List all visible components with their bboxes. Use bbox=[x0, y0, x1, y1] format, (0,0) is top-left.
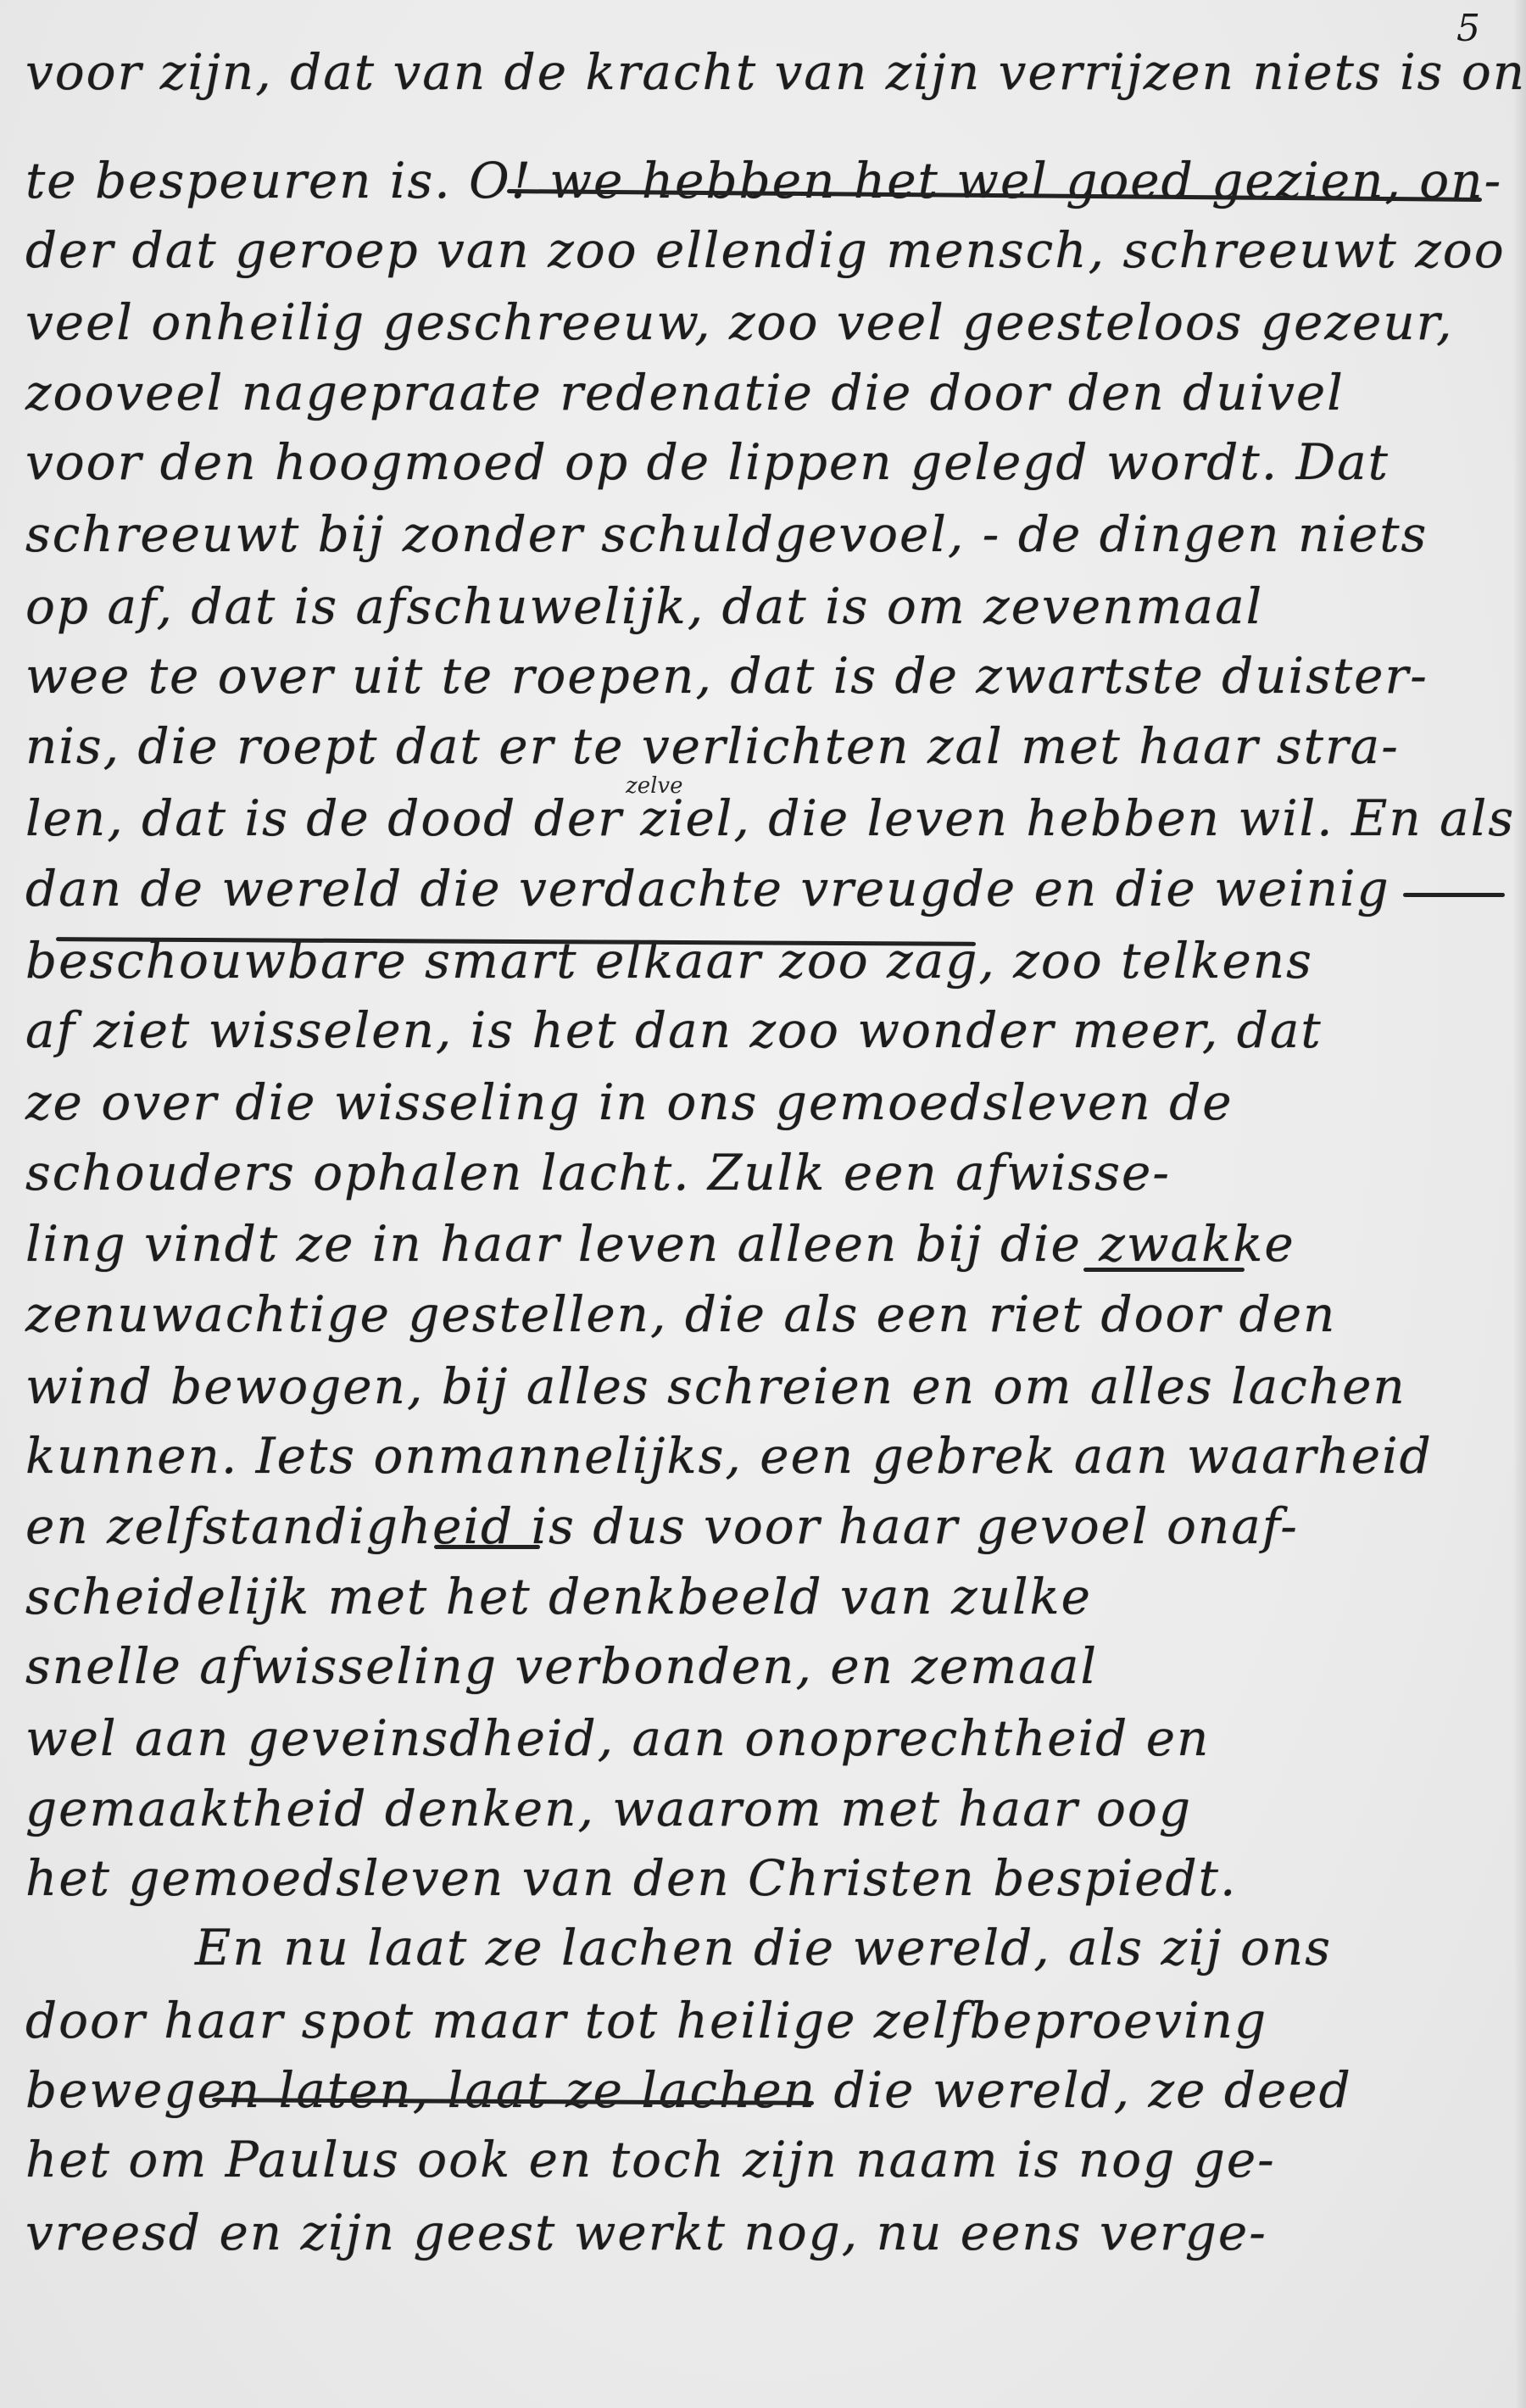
handwritten-line-31: vreesd en zijn geest werkt nog, nu eens … bbox=[25, 2194, 1501, 2296]
interlinear-insertion: zelve bbox=[626, 773, 682, 799]
underline-stroke-5 bbox=[434, 1545, 540, 1549]
manuscript-page: 5 voor zijn, dat van de kracht van zijn … bbox=[0, 0, 1526, 2408]
handwritten-line-1: voor zijn, dat van de kracht van zijn ve… bbox=[25, 34, 1501, 136]
underline-stroke-4 bbox=[1083, 1268, 1245, 1272]
page-edge-shadow bbox=[1514, 0, 1526, 2408]
underline-stroke-2 bbox=[1403, 893, 1505, 897]
